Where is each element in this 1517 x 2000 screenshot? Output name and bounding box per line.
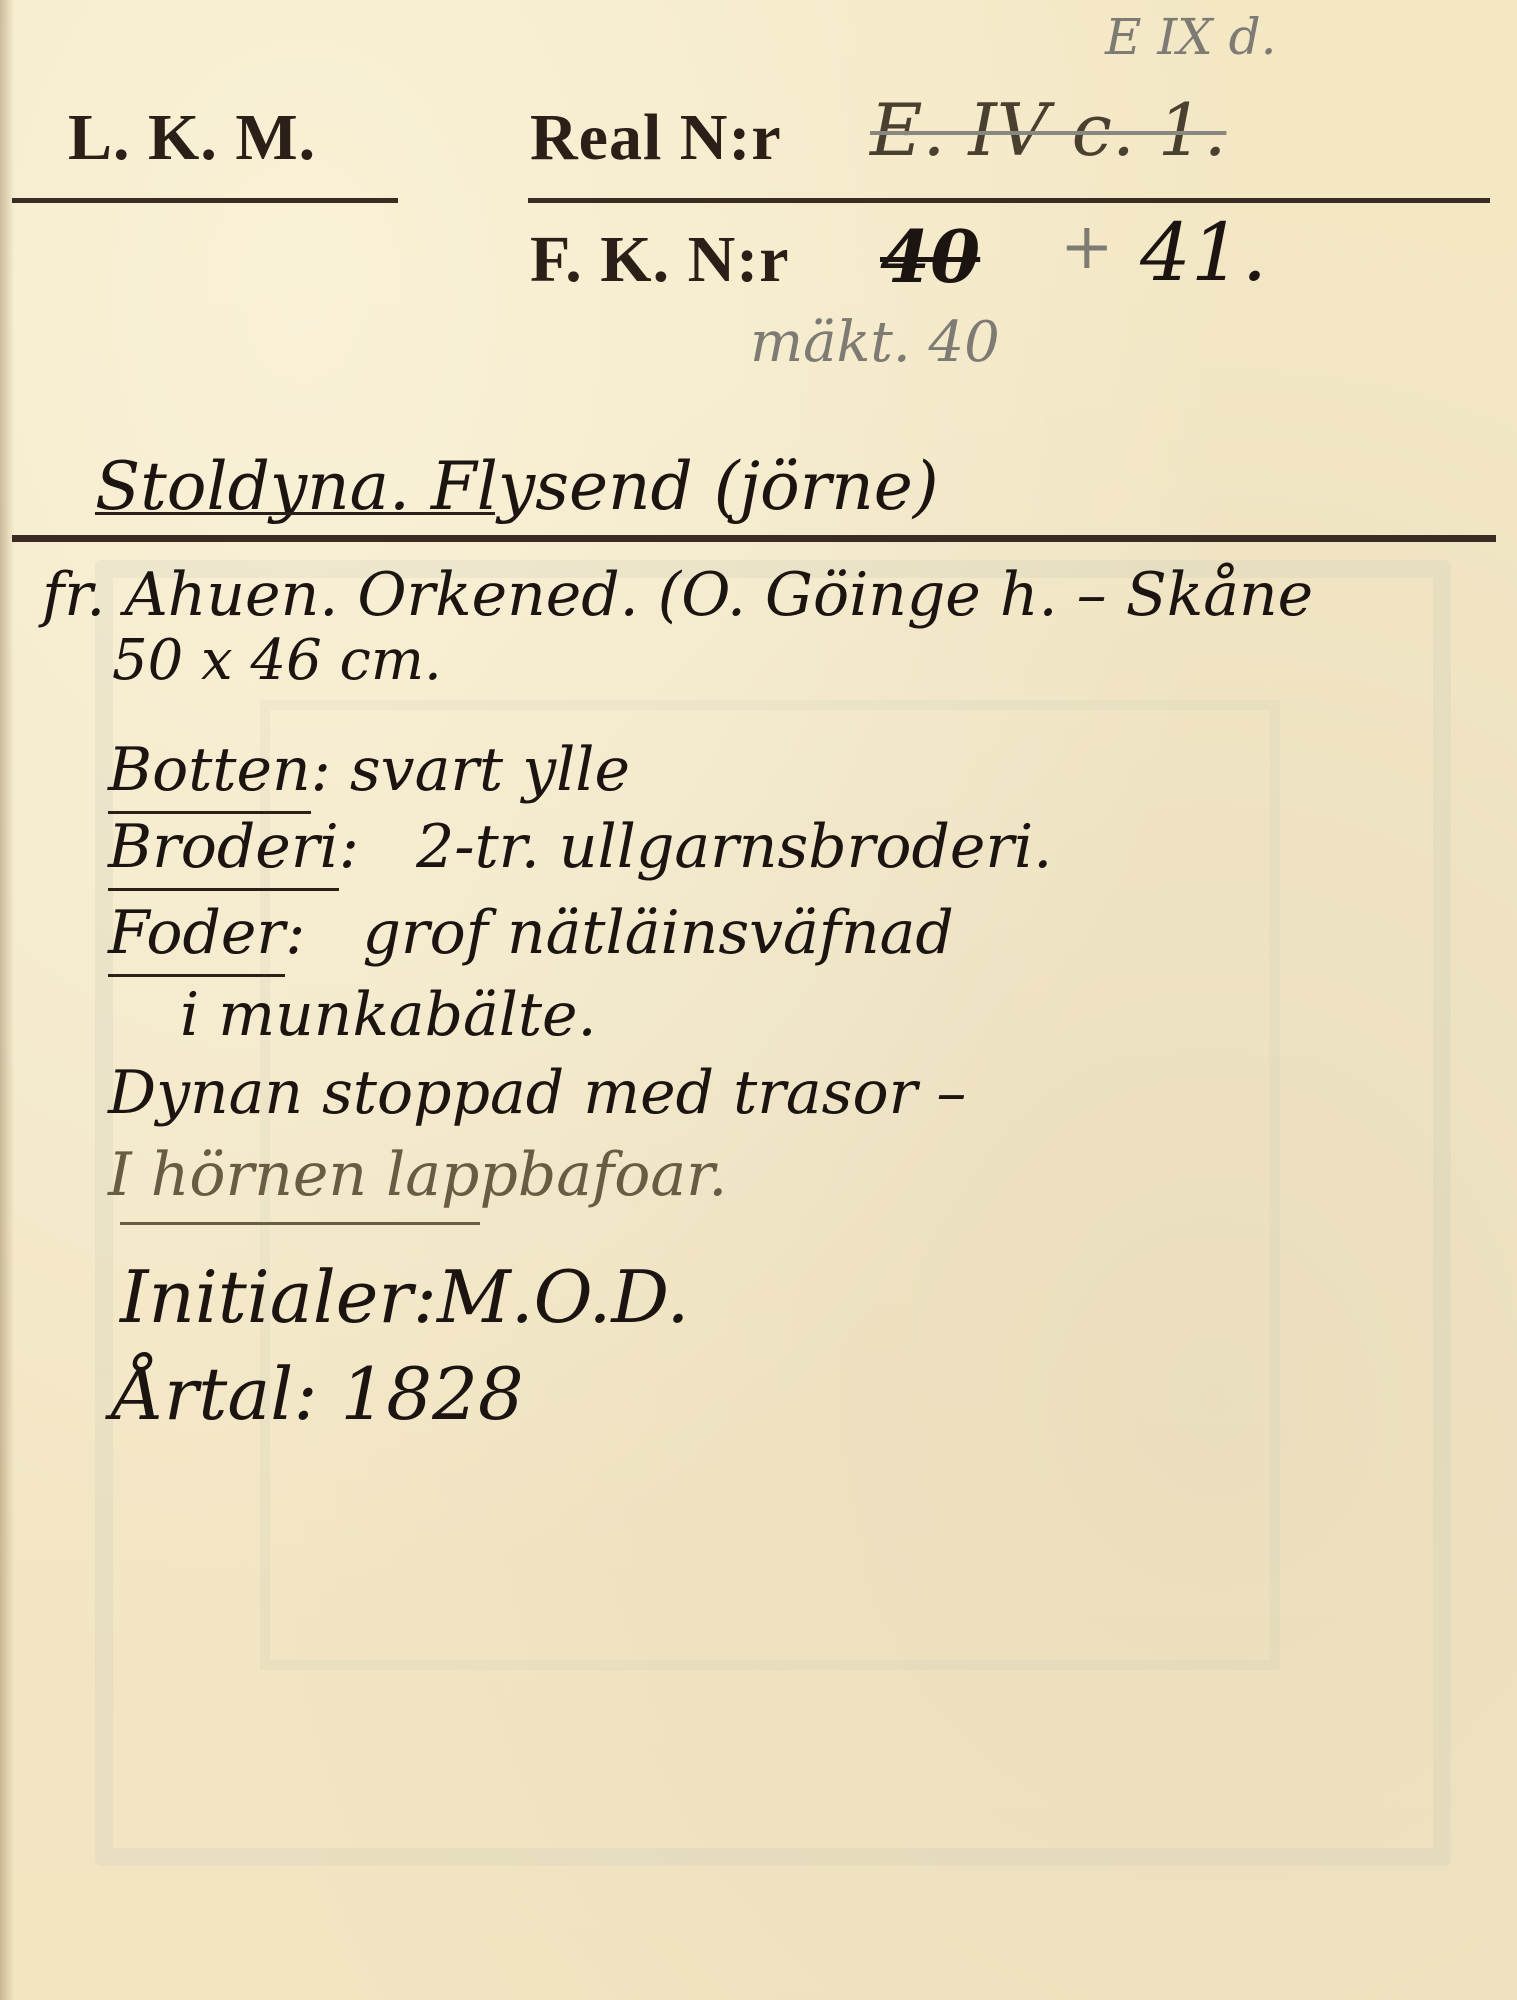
initials-row: Initialer:M.O.D. — [120, 1255, 689, 1339]
field-colon: : — [285, 898, 343, 968]
catalog-card: L. K. M. Real N:r F. K. N:r E IX d. E. I… — [0, 0, 1517, 2000]
year-value: 1828 — [340, 1352, 523, 1436]
note-line-1: Dynan stoppad med trasor – — [108, 1058, 966, 1128]
field-value: grof nätläinsväfnad — [363, 898, 954, 968]
header-rule-right — [528, 198, 1490, 203]
field-value: 2-tr. ullgarnsbroderi. — [416, 812, 1052, 882]
year-label: Årtal — [112, 1352, 293, 1436]
title-rule — [12, 535, 1496, 542]
title-underline — [95, 512, 495, 515]
fk-number-new-value: 41. — [1140, 206, 1267, 299]
note-line-2: I hörnen lappbafoar. — [108, 1140, 727, 1210]
fk-number-label: F. K. N:r — [530, 222, 790, 298]
object-dimensions: 50 x 46 cm. — [112, 628, 442, 693]
object-origin: fr. Ahuen. Orkened. (O. Göinge h. – Skån… — [42, 560, 1313, 630]
field-label: Broderi — [108, 812, 339, 891]
fk-pencil-plus-mark: + — [1060, 210, 1114, 284]
note-line-2-underline — [120, 1222, 480, 1225]
field-colon: : — [339, 812, 397, 882]
initials-value: M.O.D. — [437, 1255, 689, 1339]
field-foder-line2: i munkabälte. — [180, 980, 597, 1050]
header-rule-left — [12, 198, 398, 203]
real-number-label: Real N:r — [530, 100, 782, 176]
card-edge-shadow — [0, 0, 14, 2000]
field-broderi: Broderi: 2-tr. ullgarnsbroderi. — [108, 812, 1052, 891]
year-row: Årtal: 1828 — [112, 1352, 524, 1436]
field-foder: Foder: grof nätläinsväfnad — [108, 898, 954, 977]
fk-number-old-value: 40 — [880, 214, 980, 299]
real-number-pencil-correction: E IX d. — [1105, 8, 1277, 66]
real-number-value: E. IV c. 1. — [870, 88, 1226, 172]
field-value: svart ylle — [350, 735, 630, 805]
field-botten: Botten: svart ylle — [108, 735, 630, 814]
initials-label: Initialer — [120, 1255, 413, 1339]
initials-colon: : — [413, 1255, 437, 1339]
year-colon: : — [293, 1352, 340, 1436]
field-label: Foder — [108, 898, 285, 977]
field-label: Botten — [108, 735, 311, 814]
field-colon: : — [311, 735, 350, 805]
institution-abbrev: L. K. M. — [68, 100, 316, 176]
pencil-note: mäkt. 40 — [750, 310, 1000, 375]
